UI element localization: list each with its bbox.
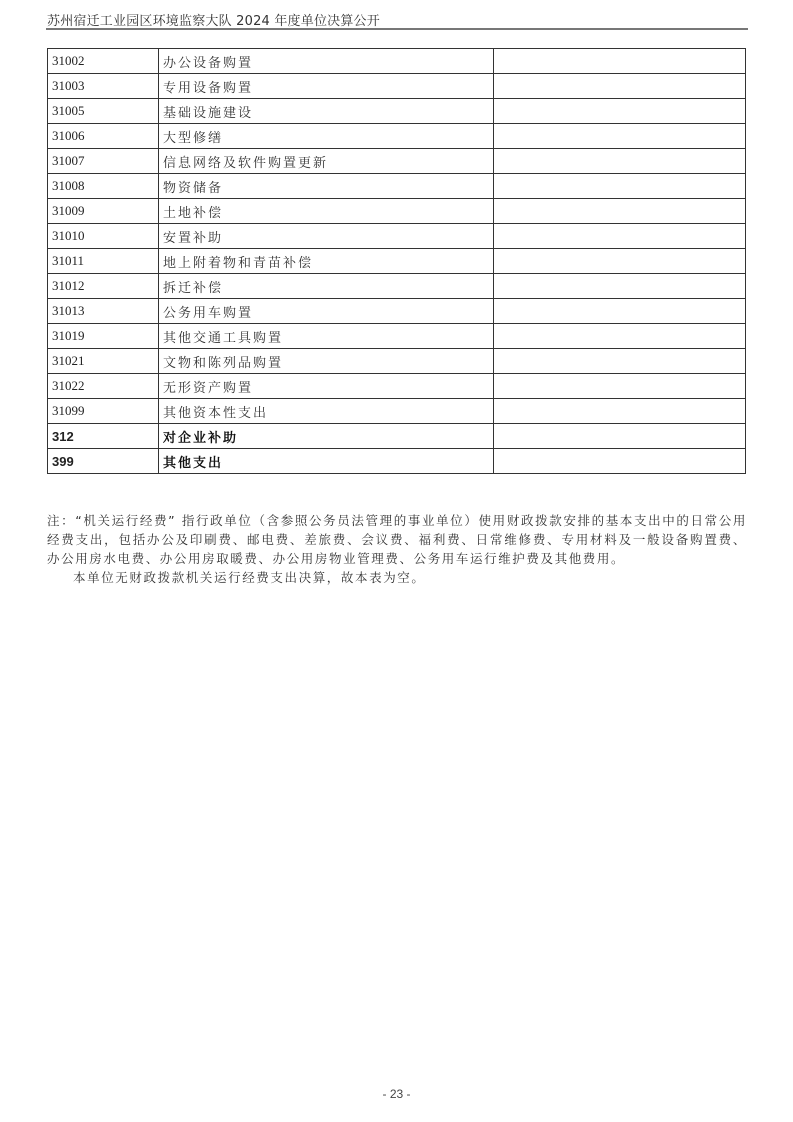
table-row: 312对企业补助 <box>48 424 746 449</box>
row-code: 31021 <box>48 349 159 374</box>
page-number: - 23 - <box>0 1087 793 1101</box>
row-code: 31019 <box>48 324 159 349</box>
row-value <box>494 399 746 424</box>
document-header: 苏州宿迁工业园区环境监察大队 2024 年度单位决算公开 <box>47 10 747 29</box>
row-name: 大型修缮 <box>159 124 494 149</box>
table-row: 31008物资储备 <box>48 174 746 199</box>
row-name: 对企业补助 <box>159 424 494 449</box>
row-code: 31099 <box>48 399 159 424</box>
table-row: 31010安置补助 <box>48 224 746 249</box>
header-divider <box>46 28 748 30</box>
row-value <box>494 224 746 249</box>
row-code: 31012 <box>48 274 159 299</box>
row-code: 31010 <box>48 224 159 249</box>
row-code: 31003 <box>48 74 159 99</box>
row-code: 31005 <box>48 99 159 124</box>
table-row: 31013公务用车购置 <box>48 299 746 324</box>
row-code: 31011 <box>48 249 159 274</box>
table-row: 31002办公设备购置 <box>48 49 746 74</box>
table-row: 31005基础设施建设 <box>48 99 746 124</box>
row-value <box>494 274 746 299</box>
row-value <box>494 249 746 274</box>
row-value <box>494 449 746 474</box>
table-row: 31021文物和陈列品购置 <box>48 349 746 374</box>
row-value <box>494 324 746 349</box>
row-value <box>494 424 746 449</box>
row-value <box>494 124 746 149</box>
row-name: 其他交通工具购置 <box>159 324 494 349</box>
table-row: 31003专用设备购置 <box>48 74 746 99</box>
row-value <box>494 149 746 174</box>
table-row: 31009土地补偿 <box>48 199 746 224</box>
row-code: 31022 <box>48 374 159 399</box>
row-code: 31009 <box>48 199 159 224</box>
row-name: 公务用车购置 <box>159 299 494 324</box>
empty-table-statement: 本单位无财政拨款机关运行经费支出决算，故本表为空。 <box>47 568 747 587</box>
table-row: 31011地上附着物和青苗补偿 <box>48 249 746 274</box>
row-code: 31006 <box>48 124 159 149</box>
row-name: 信息网络及软件购置更新 <box>159 149 494 174</box>
row-value <box>494 374 746 399</box>
row-name: 其他资本性支出 <box>159 399 494 424</box>
row-code: 31013 <box>48 299 159 324</box>
row-name: 物资储备 <box>159 174 494 199</box>
notes-section: 注：“机关运行经费” 指行政单位（含参照公务员法管理的事业单位）使用财政拨款安排… <box>47 511 747 587</box>
expenditure-table: 31002办公设备购置31003专用设备购置31005基础设施建设31006大型… <box>47 48 746 474</box>
table-row: 31099其他资本性支出 <box>48 399 746 424</box>
table-row: 399其他支出 <box>48 449 746 474</box>
row-code: 31008 <box>48 174 159 199</box>
table-row: 31012拆迁补偿 <box>48 274 746 299</box>
row-value <box>494 199 746 224</box>
table-row: 31006大型修缮 <box>48 124 746 149</box>
row-value <box>494 174 746 199</box>
row-name: 安置补助 <box>159 224 494 249</box>
note-text: 注：“机关运行经费” 指行政单位（含参照公务员法管理的事业单位）使用财政拨款安排… <box>47 511 747 568</box>
row-name: 基础设施建设 <box>159 99 494 124</box>
row-value <box>494 99 746 124</box>
row-value <box>494 49 746 74</box>
row-code: 31002 <box>48 49 159 74</box>
row-code: 312 <box>48 424 159 449</box>
row-value <box>494 299 746 324</box>
table-row: 31007信息网络及软件购置更新 <box>48 149 746 174</box>
row-value <box>494 74 746 99</box>
table-row: 31022无形资产购置 <box>48 374 746 399</box>
row-name: 土地补偿 <box>159 199 494 224</box>
row-code: 31007 <box>48 149 159 174</box>
row-name: 无形资产购置 <box>159 374 494 399</box>
row-name: 办公设备购置 <box>159 49 494 74</box>
row-name: 专用设备购置 <box>159 74 494 99</box>
row-name: 其他支出 <box>159 449 494 474</box>
row-code: 399 <box>48 449 159 474</box>
row-name: 拆迁补偿 <box>159 274 494 299</box>
row-value <box>494 349 746 374</box>
row-name: 文物和陈列品购置 <box>159 349 494 374</box>
row-name: 地上附着物和青苗补偿 <box>159 249 494 274</box>
table-row: 31019其他交通工具购置 <box>48 324 746 349</box>
